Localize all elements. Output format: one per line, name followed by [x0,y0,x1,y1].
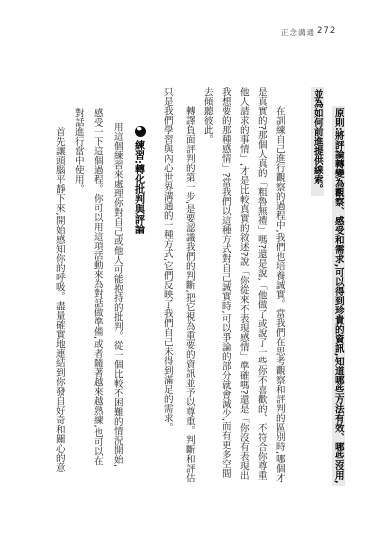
principle-text-1: 原則:將評論轉變為觀察、感受和需求,可以得到珍貴的資訊,知道哪些方法有效、哪些沒… [332,106,345,486]
exercise-column-4: 首先讓頭腦平靜下來,開始感知你的呼吸。盡量確實地連結到你發自好奇和關心的意 [52,127,66,472]
principle-column-2: 並為如何前進提供線索。 [310,87,324,196]
body-column-4: 我想要的那種感情」?當我們以這種方式對自己誠實時,可以爭論的部分就會減少,而有更… [218,87,232,478]
exercise-title: 練習:轉化批判與評論 [133,140,144,234]
body-column-7: 只是我們學習與內心世界溝通的一種方式,它們反映了我們自己未得到滿足的需求。 [160,87,174,432]
body-column-5: 去傾聽彼此。 [200,87,214,144]
meditation-circle-icon [135,126,146,137]
book-page: 正念溝通 272 原則:將評論轉變為觀察、感受和需求,可以得到珍貴的資訊,知道哪… [0,0,390,548]
exercise-column-2: 感受一下這個過程。你可以用這項活動來為對話做準備,或者隨著越來越熟練,也可以在 [90,108,104,466]
principle-column-1: 原則:將評論轉變為觀察、感受和需求,可以得到珍貴的資訊,知道哪些方法有效、哪些沒… [331,106,345,486]
body-column-3: 他人請求的事情」,才是比較真實的敘述?說「你從來不表現感情」準確嗎?還是「你沒有… [236,87,250,480]
exercise-column-3: 對話進行當中使用。 [71,108,85,194]
page-number: 272 [317,26,336,36]
running-head-book-title: 正念溝通 [281,27,315,38]
body-column-6: 轉譯負面評判的第一步,是要認識我們的判斷,把它視為重要的資訊並予以尊重。判斷和評… [182,106,196,483]
body-column-1: 在訓練自己進行觀察的過程中,我們也培養誠實。當我們在思考觀察和評判的區別時,哪個… [272,106,286,483]
principle-text-2: 並為如何前進提供線索。 [311,87,324,196]
exercise-heading: 練習:轉化批判與評論 [130,126,146,234]
body-column-2: 是真實的?那個人真的「粗魯無禮」嗎?還是說,「他做了或說了一些你不喜歡的、不符合… [254,87,268,480]
exercise-column-1: 用這個練習來處理你對自己或他人可能抱持的批判。從一個比較不困難的情況開始, [110,122,124,467]
